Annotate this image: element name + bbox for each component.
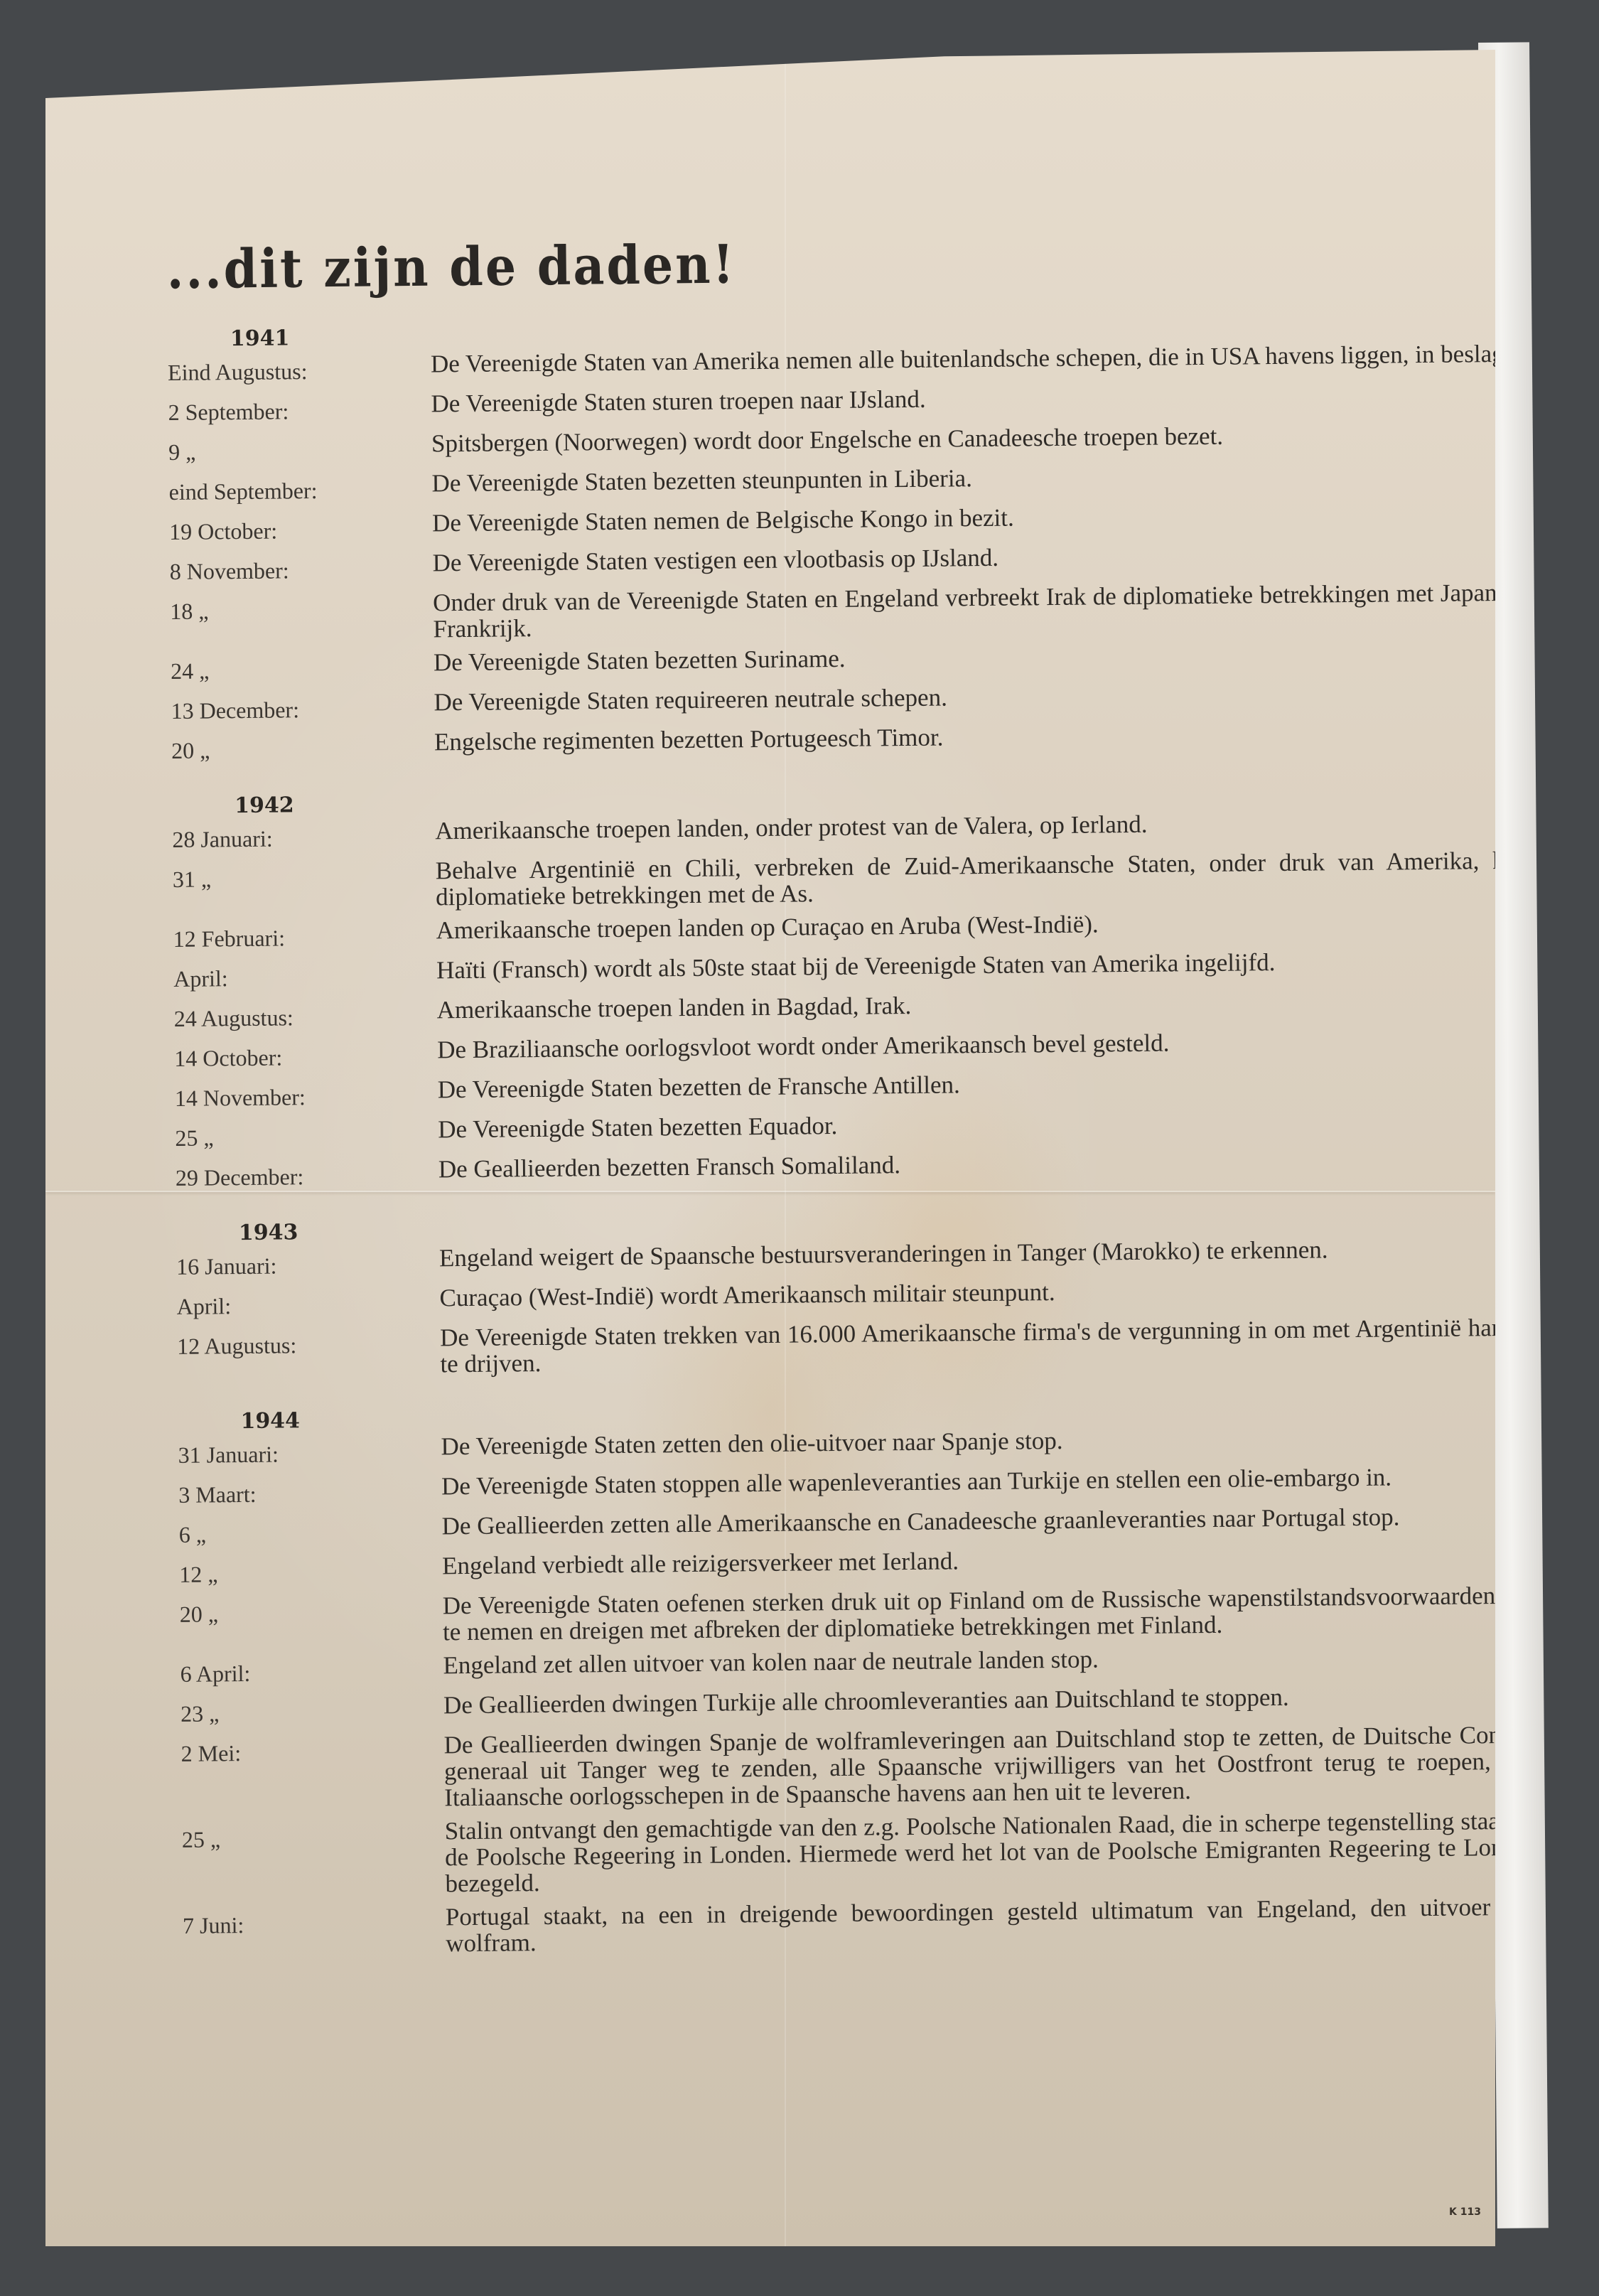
entry-date: 6 April: — [180, 1652, 443, 1688]
year-heading: 1942 — [158, 792, 371, 819]
entry-date: eind September: — [168, 470, 431, 505]
entry-text: Engeland weigert de Spaansche bestuursve… — [439, 1235, 1541, 1272]
entry-text: De Geallieerden dwingen Spanje de wolfra… — [443, 1721, 1546, 1810]
timeline-entry: 19 October:De Vereenigde Staten nemen de… — [169, 500, 1534, 545]
timeline-entry: 8 November:De Vereenigde Staten vestigen… — [169, 540, 1534, 585]
entry-date: 2 Mei: — [181, 1732, 443, 1767]
leaflet-title: ...dit zijn de daden! — [166, 226, 1531, 301]
timeline-entry: 12 Februari:Amerikaansche troepen landen… — [173, 907, 1537, 953]
entry-text: Behalve Argentinië en Chili, verbreken d… — [436, 847, 1538, 911]
timeline-entry: 2 September:De Vereenigde Staten sturen … — [168, 380, 1532, 426]
entry-date: 23 „ — [181, 1692, 443, 1727]
timeline: 1941Eind Augustus:De Vereenigde Staten v… — [167, 314, 1547, 1959]
entry-date: 20 „ — [180, 1592, 443, 1628]
entry-text: De Vereenigde Staten bezetten steunpunte… — [431, 460, 1533, 497]
entry-text: De Geallieerden dwingen Turkije alle chr… — [443, 1681, 1545, 1718]
entry-date: 14 November: — [175, 1076, 438, 1112]
entry-date: 19 October: — [169, 510, 432, 545]
timeline-entry: 13 December:De Vereenigde Staten require… — [171, 679, 1535, 724]
entry-text: Haïti (Fransch) wordt als 50ste staat bi… — [436, 947, 1538, 984]
timeline-entry: 16 Januari:Engeland weigert de Spaansche… — [176, 1235, 1541, 1280]
entry-text: De Vereenigde Staten van Amerika nemen a… — [431, 340, 1532, 377]
timeline-entry: 23 „De Geallieerden dwingen Turkije alle… — [181, 1681, 1545, 1727]
timeline-entry: 20 „De Vereenigde Staten oefenen sterken… — [180, 1582, 1545, 1647]
timeline-entry: 2 Mei:De Geallieerden dwingen Spanje de … — [181, 1721, 1546, 1813]
entry-date: 24 Augustus: — [174, 997, 437, 1032]
printer-mark: K 113 — [1449, 2206, 1481, 2218]
entry-text: De Geallieerden bezetten Fransch Somalil… — [438, 1146, 1540, 1183]
timeline-entry: 29 December:De Geallieerden bezetten Fra… — [176, 1146, 1540, 1191]
entry-text: Spitsbergen (Noorwegen) wordt door Engel… — [431, 420, 1533, 457]
entry-date: 7 Juni: — [183, 1904, 446, 1939]
entry-date: April: — [176, 1284, 439, 1320]
entry-date: 18 „ — [170, 589, 433, 625]
entry-date: 9 „ — [168, 430, 431, 466]
timeline-entry: 14 November:De Vereenigde Staten bezette… — [175, 1066, 1539, 1112]
entry-date: 31 „ — [173, 857, 436, 893]
entry-text: De Vereenigde Staten requireeren neutral… — [434, 679, 1535, 716]
entry-date: 8 November: — [169, 549, 432, 585]
timeline-entry: 25 „De Vereenigde Staten bezetten Equado… — [175, 1106, 1539, 1152]
entry-text: De Vereenigde Staten bezetten Equador. — [438, 1106, 1539, 1143]
year-section-1943: 194316 Januari:Engeland weigert de Spaan… — [176, 1208, 1542, 1380]
timeline-entry: 25 „Stalin ontvangt den gemachtigde van … — [182, 1807, 1547, 1899]
entry-date: 14 October: — [174, 1036, 437, 1072]
entry-date: 16 Januari: — [176, 1245, 439, 1280]
entry-date: 2 September: — [168, 390, 431, 426]
entry-text: De Vereenigde Staten bezetten Suriname. — [434, 639, 1535, 676]
timeline-entry: 6 „De Geallieerden zetten alle Amerikaan… — [178, 1502, 1543, 1547]
entry-text: De Braziliaansche oorlogsvloot wordt ond… — [437, 1026, 1539, 1063]
timeline-entry: 31 „Behalve Argentinië en Chili, verbrek… — [173, 847, 1538, 913]
entry-text: De Vereenigde Staten stoppen alle wapenl… — [441, 1462, 1543, 1499]
entry-text: De Vereenigde Staten trekken van 16.000 … — [440, 1314, 1542, 1377]
entry-date: 12 Februari: — [173, 917, 436, 953]
entry-text: De Vereenigde Staten zetten den olie-uit… — [441, 1422, 1542, 1459]
entry-date: 31 Januari: — [178, 1433, 441, 1469]
year-section-1942: 194228 Januari:Amerikaansche troepen lan… — [172, 781, 1540, 1191]
entry-date: 25 „ — [182, 1818, 445, 1853]
timeline-entry: April:Haïti (Fransch) wordt als 50ste st… — [173, 947, 1538, 992]
entry-text: Onder druk van de Vereenigde Staten en E… — [433, 579, 1535, 643]
entry-date: Eind Augustus: — [168, 350, 431, 386]
year-section-1941: 1941Eind Augustus:De Vereenigde Staten v… — [167, 314, 1536, 764]
timeline-entry: 3 Maart:De Vereenigde Staten stoppen all… — [178, 1462, 1543, 1508]
timeline-entry: 14 October:De Braziliaansche oorlogsvloo… — [174, 1026, 1539, 1072]
entry-text: Engeland verbiedt alle reizigersverkeer … — [442, 1542, 1544, 1579]
timeline-entry: 12 „Engeland verbiedt alle reizigersverk… — [179, 1542, 1544, 1587]
entry-date: 24 „ — [171, 649, 434, 685]
entry-date: 28 Januari: — [172, 817, 435, 853]
entry-date: 25 „ — [175, 1116, 438, 1152]
timeline-entry: Eind Augustus:De Vereenigde Staten van A… — [168, 340, 1532, 386]
entry-text: De Vereenigde Staten bezetten de Fransch… — [438, 1066, 1539, 1103]
entry-date: 3 Maart: — [178, 1473, 441, 1508]
entry-date: 12 „ — [179, 1552, 442, 1588]
entry-text: Amerikaansche troepen landen in Bagdad, … — [437, 987, 1539, 1024]
entry-text: De Vereenigde Staten vestigen een vlootb… — [432, 540, 1534, 576]
entry-date: 12 Augustus: — [177, 1324, 440, 1360]
entry-text: De Vereenigde Staten oefenen sterken dru… — [443, 1582, 1545, 1645]
year-heading: 1941 — [153, 325, 366, 352]
entry-text: De Geallieerden zetten alle Amerikaansch… — [441, 1502, 1543, 1539]
entry-text: Curaçao (West-Indië) wordt Amerikaansch … — [439, 1275, 1541, 1311]
timeline-entry: 24 „De Vereenigde Staten bezetten Surina… — [171, 639, 1535, 685]
timeline-entry: 6 April:Engeland zet allen uitvoer van k… — [180, 1641, 1544, 1687]
entry-text: De Vereenigde Staten sturen troepen naar… — [431, 380, 1532, 417]
entry-date: 20 „ — [171, 729, 434, 764]
year-heading: 1944 — [163, 1407, 377, 1434]
timeline-entry: eind September:De Vereenigde Staten beze… — [168, 460, 1533, 505]
entry-date: 29 December: — [176, 1156, 438, 1191]
year-heading: 1943 — [162, 1219, 375, 1246]
timeline-entry: 7 Juni:Portugal staakt, na een in dreige… — [183, 1893, 1548, 1958]
timeline-entry: April:Curaçao (West-Indië) wordt Amerika… — [176, 1275, 1541, 1320]
leaflet-content: ...dit zijn de daden! 1941Eind Augustus:… — [166, 208, 1548, 1989]
entry-text: Amerikaansche troepen landen op Curaçao … — [436, 907, 1537, 944]
entry-text: Portugal staakt, na een in dreigende bew… — [446, 1893, 1548, 1956]
year-section-1944: 194431 Januari:De Vereenigde Staten zett… — [178, 1396, 1547, 1958]
timeline-entry: 24 Augustus:Amerikaansche troepen landen… — [174, 987, 1539, 1032]
entry-text: Engelsche regimenten bezetten Portugeesc… — [434, 719, 1536, 756]
entry-text: De Vereenigde Staten nemen de Belgische … — [432, 500, 1534, 537]
timeline-entry: 28 Januari:Amerikaansche troepen landen,… — [172, 808, 1536, 853]
entry-date: 13 December: — [171, 689, 434, 724]
timeline-entry: 18 „Onder druk van de Vereenigde Staten … — [170, 579, 1535, 645]
entry-date: 6 „ — [178, 1513, 441, 1548]
timeline-entry: 20 „Engelsche regimenten bezetten Portug… — [171, 719, 1536, 764]
entry-date: April: — [173, 957, 436, 992]
entry-text: Stalin ontvangt den gemachtigde van den … — [445, 1807, 1547, 1897]
entry-text: Engeland zet allen uitvoer van kolen naa… — [443, 1641, 1544, 1678]
timeline-entry: 9 „Spitsbergen (Noorwegen) wordt door En… — [168, 420, 1533, 466]
entry-text: Amerikaansche troepen landen, onder prot… — [435, 808, 1536, 844]
leaflet-paper: ...dit zijn de daden! 1941Eind Augustus:… — [45, 50, 1495, 2246]
timeline-entry: 31 Januari:De Vereenigde Staten zetten d… — [178, 1422, 1542, 1468]
timeline-entry: 12 Augustus:De Vereenigde Staten trekken… — [177, 1314, 1542, 1379]
